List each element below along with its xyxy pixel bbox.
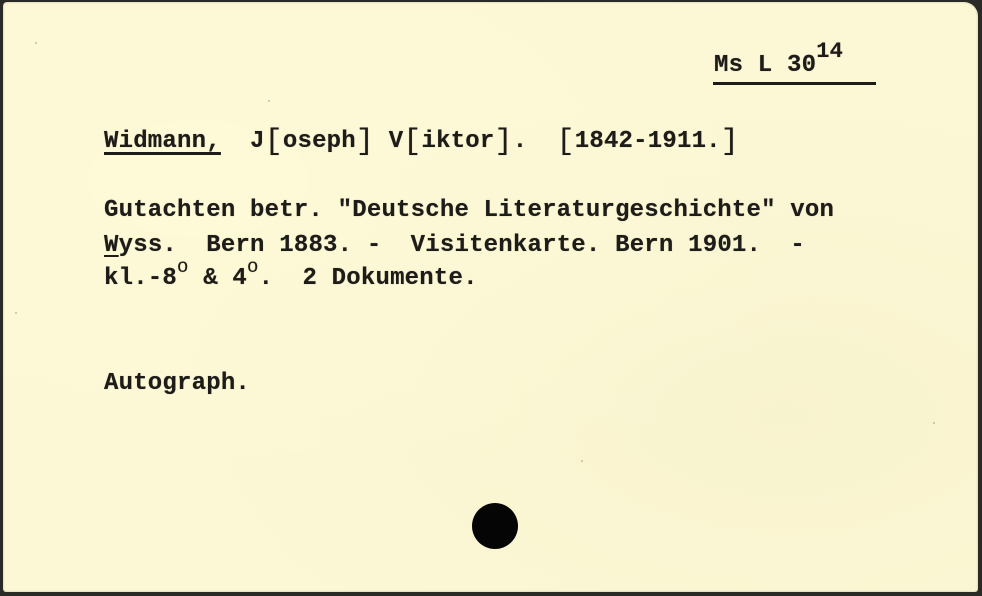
- paper-speck: [268, 100, 270, 102]
- description-line-1: Gutachten betr. "Deutsche Literaturgesch…: [104, 197, 834, 224]
- shelfmark-superscript: 14: [816, 39, 843, 64]
- author-name-rest: yss.: [119, 232, 177, 259]
- paper-speck: [35, 42, 37, 44]
- open-bracket: [: [557, 125, 575, 159]
- paper-speck: [933, 422, 935, 424]
- underlined-letter: W: [104, 232, 119, 259]
- close-bracket: ]: [356, 125, 374, 159]
- document-count: . 2 Dokumente.: [259, 265, 478, 292]
- format-1: kl.-8: [104, 265, 177, 292]
- degree-mark-2: o: [247, 256, 259, 278]
- note-autograph: Autograph.: [104, 370, 250, 397]
- catalog-card: Ms L 3014 Widmann, J[oseph] V[iktor]. [1…: [3, 2, 978, 592]
- given-name-2-rest: iktor: [422, 128, 495, 155]
- author-heading: Widmann, J[oseph] V[iktor]. [1842-1911.]: [104, 123, 739, 157]
- given-name-1-initial: J: [250, 128, 265, 155]
- close-bracket: ]: [495, 125, 513, 159]
- open-bracket: [: [403, 125, 421, 159]
- shelfmark-underline: [713, 82, 876, 85]
- shelfmark-base: Ms L 30: [714, 52, 816, 79]
- description-line-2-rest: Bern 1883. - Visitenkarte. Bern 1901. -: [177, 232, 805, 259]
- close-bracket: ]: [721, 125, 739, 159]
- given-name-1-rest: oseph: [283, 128, 356, 155]
- paper-speck: [581, 460, 583, 462]
- open-bracket: [: [265, 125, 283, 159]
- shelfmark: Ms L 3014: [714, 52, 843, 79]
- paper-speck: [15, 312, 17, 314]
- punch-hole: [472, 503, 518, 549]
- description-line-3: kl.-8o & 4o. 2 Dokumente.: [104, 265, 478, 292]
- life-dates: 1842-1911.: [575, 128, 721, 155]
- author-surname: Widmann,: [104, 128, 221, 155]
- format-2: & 4: [189, 265, 247, 292]
- heading-period: .: [513, 128, 528, 155]
- given-name-2-initial: V: [389, 128, 404, 155]
- description-line-2: Wyss. Bern 1883. - Visitenkarte. Bern 19…: [104, 232, 805, 259]
- degree-mark-1: o: [177, 256, 189, 278]
